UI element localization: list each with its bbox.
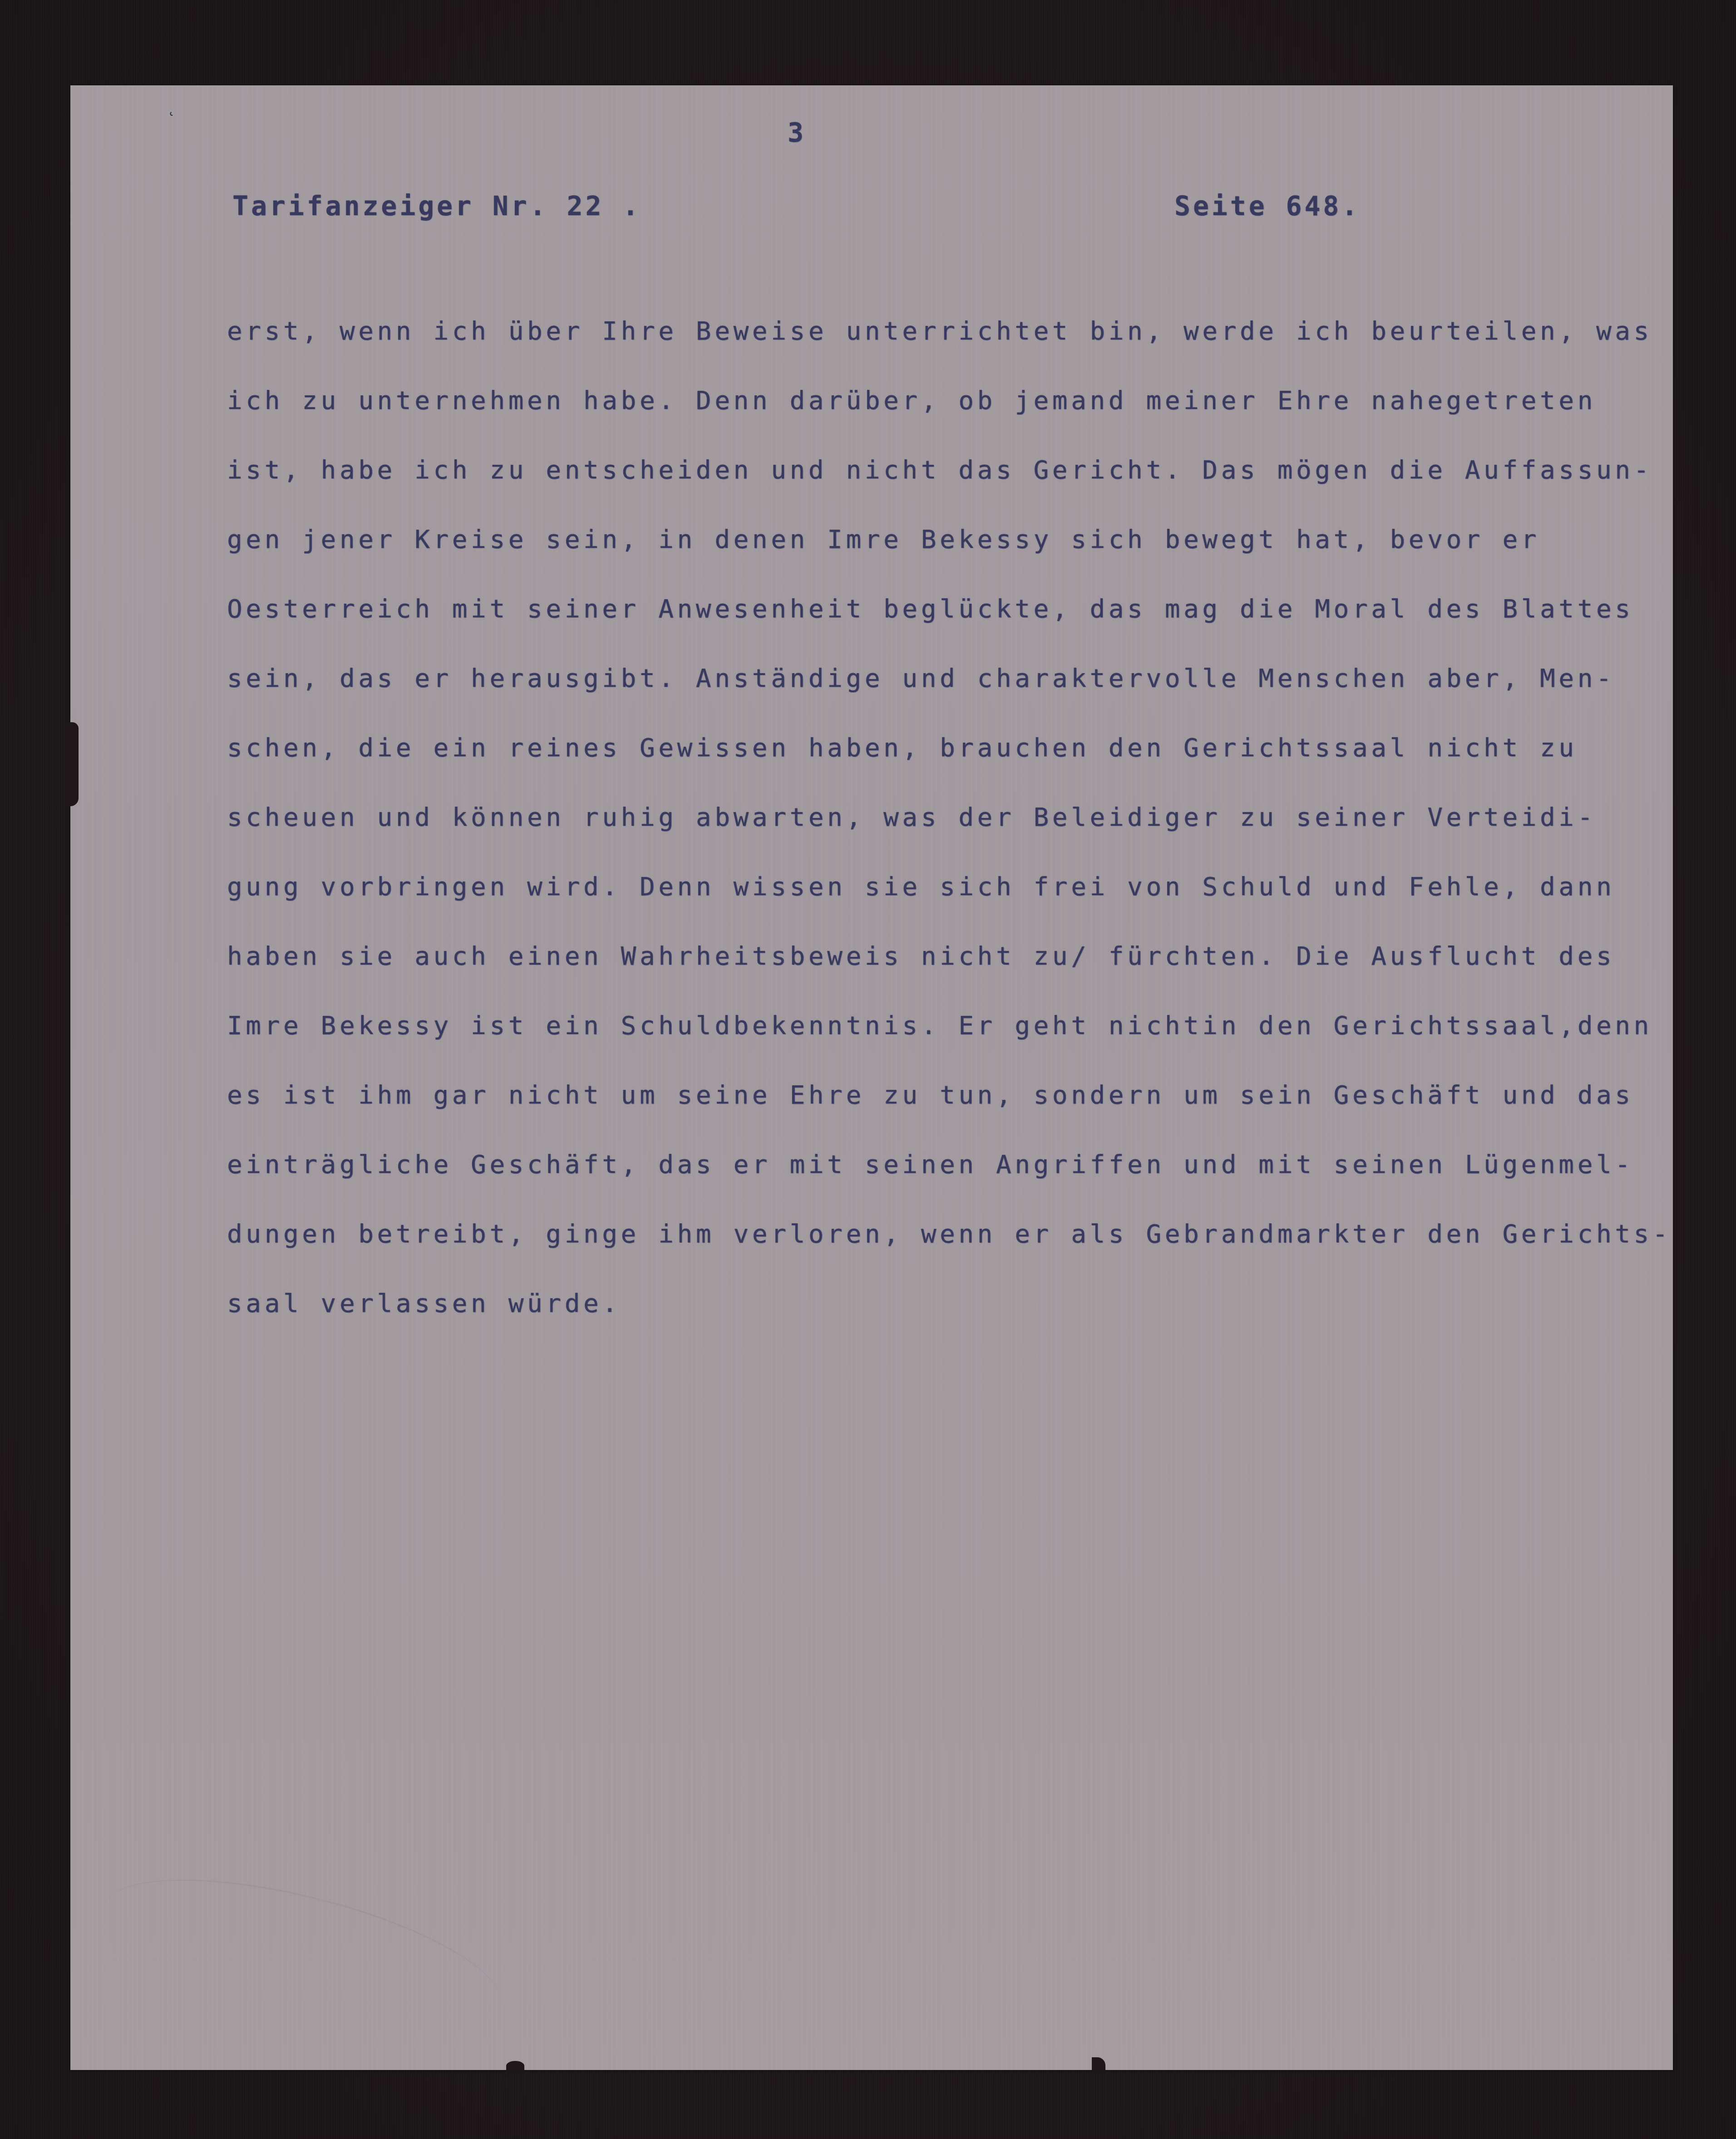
paper-notch: [1092, 2057, 1105, 2071]
text-line: Oesterreich mit seiner Anwesenheit beglü…: [227, 574, 1680, 644]
text-line: ist, habe ich zu entscheiden und nicht d…: [227, 435, 1680, 505]
text-line: gung vorbringen wird. Denn wissen sie si…: [227, 852, 1680, 922]
paper-notch: [506, 2061, 524, 2071]
margin-mark: ʿ: [165, 108, 180, 129]
paper-tear: [68, 722, 79, 806]
text-line: Imre Bekessy ist ein Schuldbekenntnis. E…: [227, 991, 1680, 1060]
page-number: 3: [788, 117, 806, 148]
document-page: ʿ 3 Tarifanzeiger Nr. 22 . Seite 648. er…: [70, 85, 1673, 2070]
text-line: schen, die ein reines Gewissen haben, br…: [227, 713, 1680, 783]
text-line: ich zu unternehmen habe. Denn darüber, o…: [227, 366, 1680, 435]
text-line: saal verlassen würde.: [227, 1269, 1680, 1338]
text-line: gen jener Kreise sein, in denen Imre Bek…: [227, 505, 1680, 574]
text-line: erst, wenn ich über Ihre Beweise unterri…: [227, 296, 1680, 366]
text-line: es ist ihm gar nicht um seine Ehre zu tu…: [227, 1060, 1680, 1130]
text-line: haben sie auch einen Wahrheitsbeweis nic…: [227, 922, 1680, 991]
header-page-reference: Seite 648.: [1174, 191, 1360, 222]
text-line: einträgliche Geschäft, das er mit seinen…: [227, 1130, 1680, 1199]
text-line: sein, das er herausgibt. Anständige und …: [227, 644, 1680, 713]
text-line: dungen betreibt, ginge ihm verloren, wen…: [227, 1199, 1680, 1269]
text-line: scheuen und können ruhig abwarten, was d…: [227, 783, 1680, 852]
header-title: Tarifanzeiger Nr. 22 .: [232, 191, 641, 222]
body-text: erst, wenn ich über Ihre Beweise unterri…: [227, 296, 1680, 1338]
